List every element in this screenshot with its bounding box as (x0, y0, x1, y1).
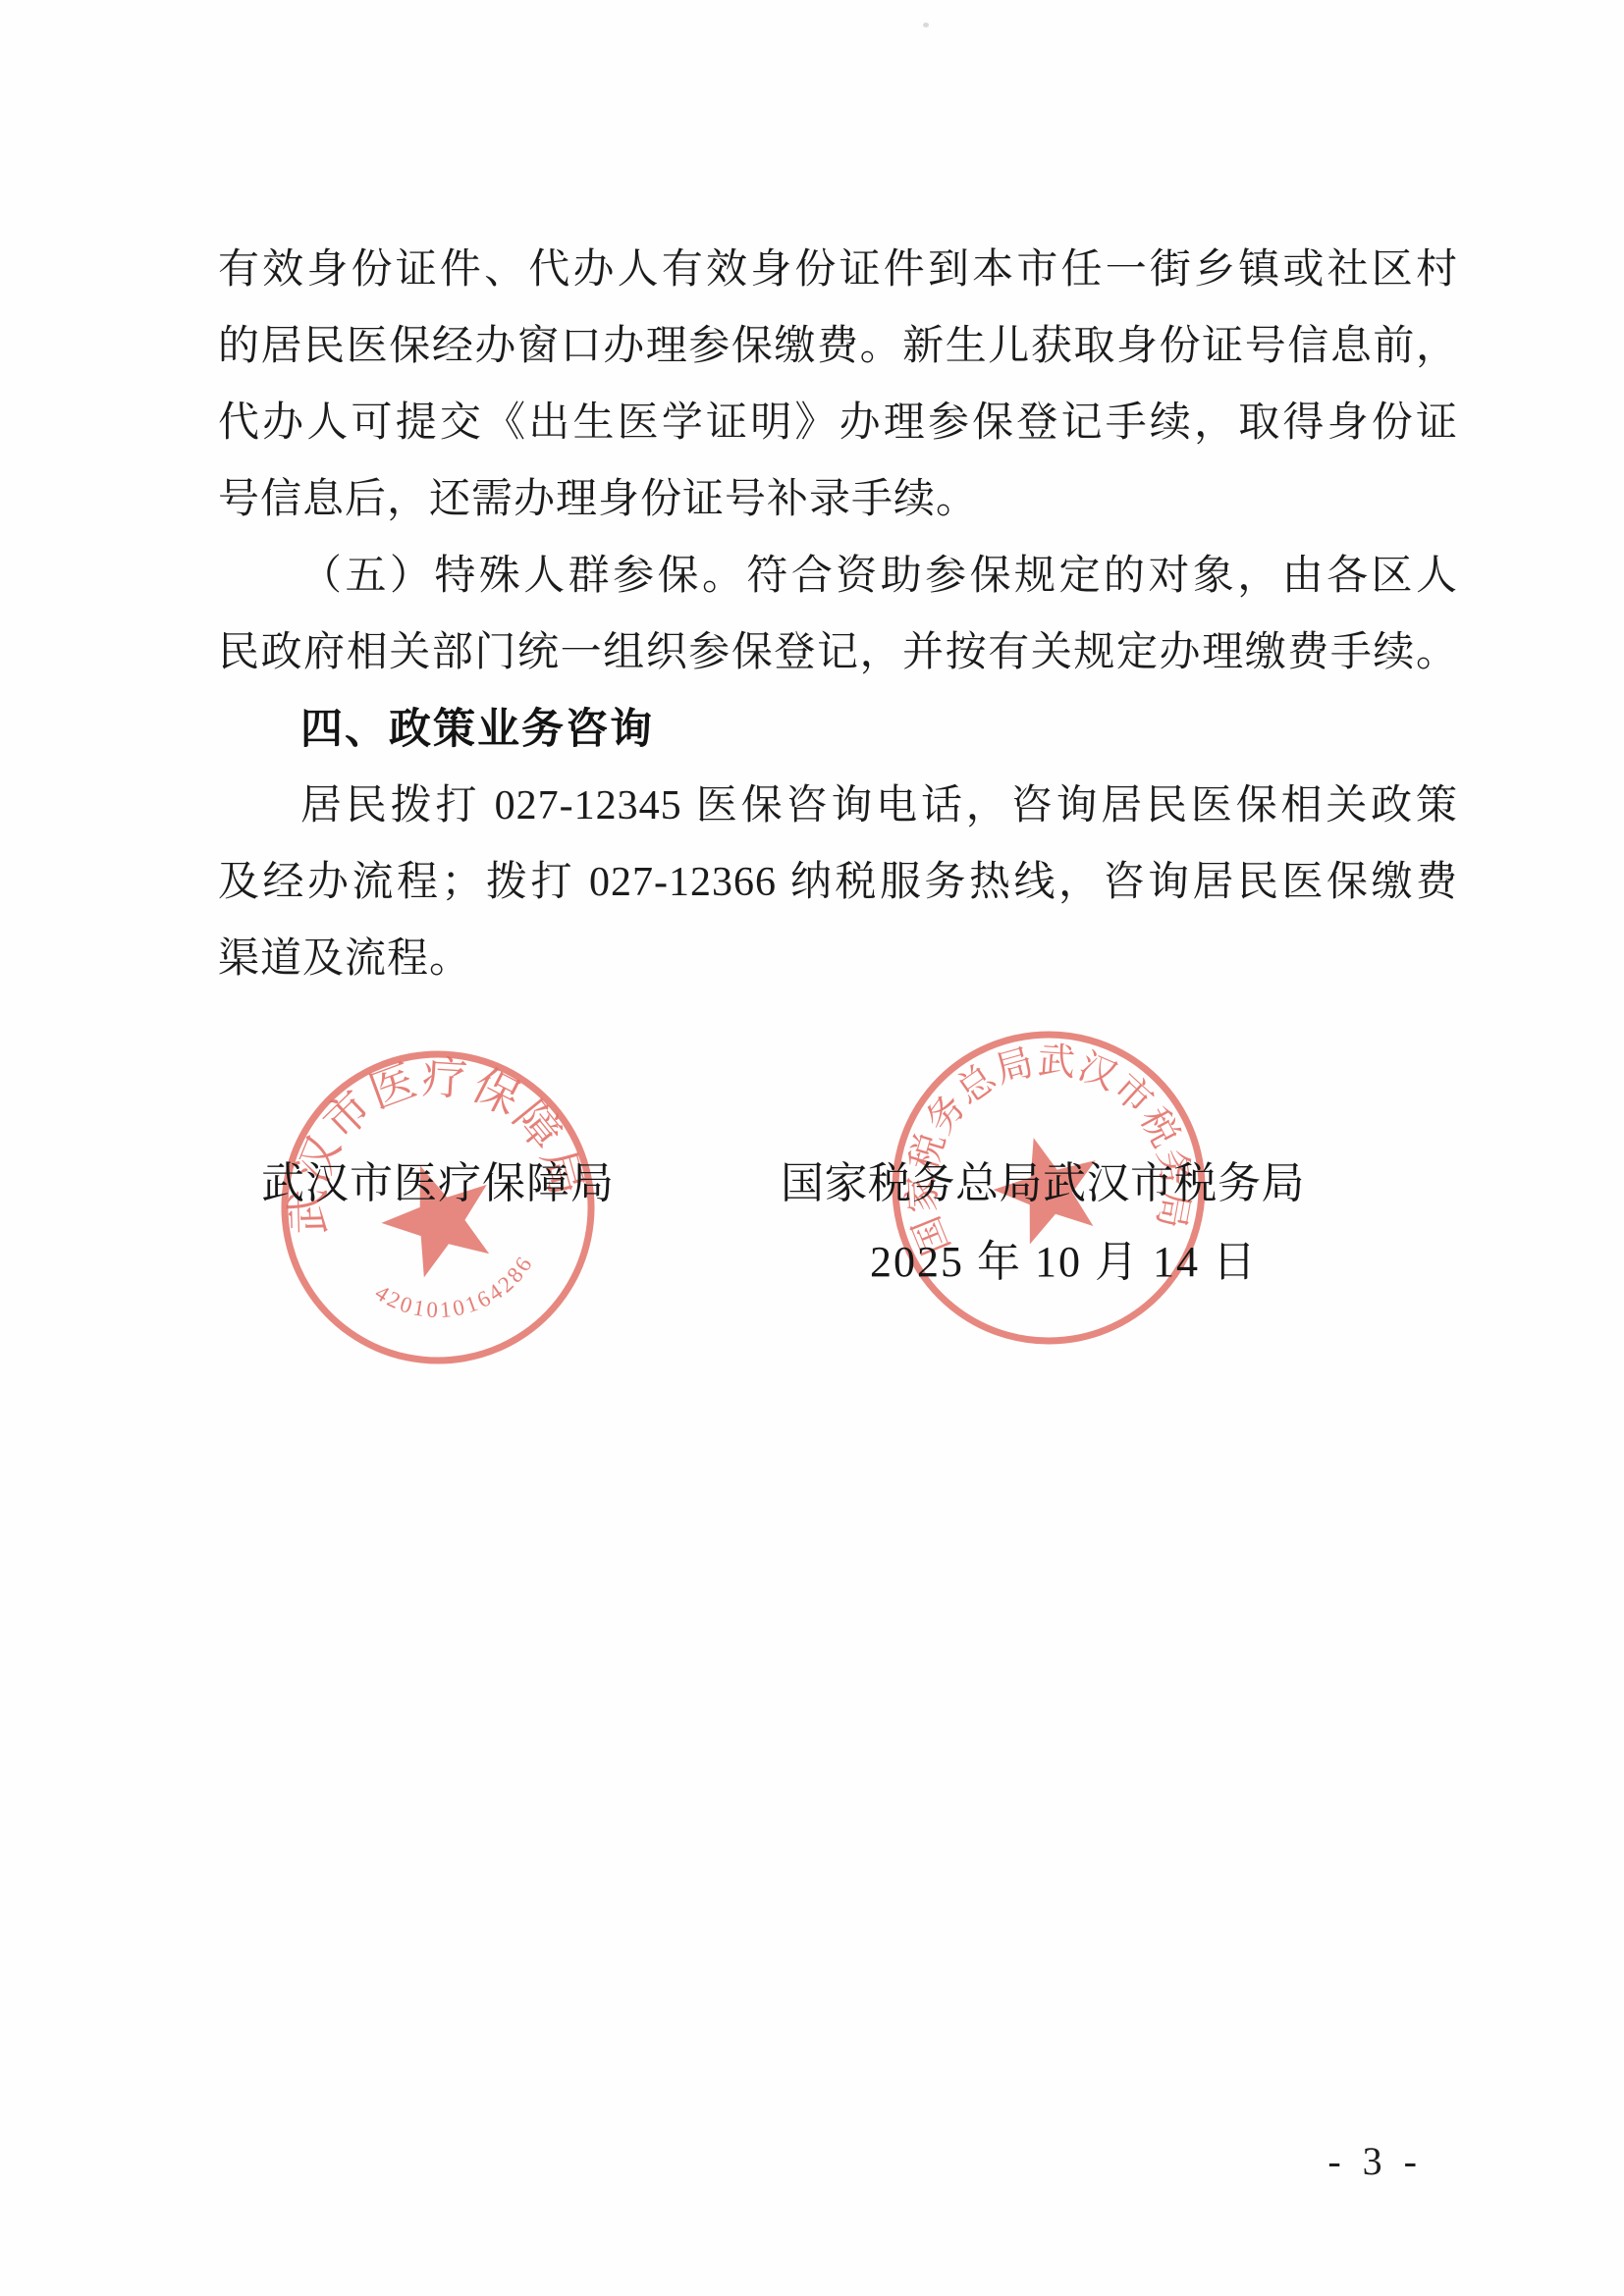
document-body: 有效身份证件、代办人有效身份证件到本市任一街乡镇或社区村的居民医保经办窗口办理参… (218, 232, 1458, 997)
official-seal-left: 武汉市医疗保障局 4201010164286 (273, 1042, 603, 1372)
seal-serial-number: 4201010164286 (366, 1248, 545, 1335)
right-signature-org: 国家税务总局武汉市税务局 (781, 1160, 1305, 1207)
text-line: 有效身份证件、代办人有效身份证件到本市任一街乡镇或社区村 (218, 232, 1458, 308)
text-line: （五）特殊人群参保。符合资助参保规定的对象，由各区人 (218, 538, 1458, 614)
text-line: 民政府相关部门统一组织参保登记，并按有关规定办理缴费手续。 (218, 614, 1458, 691)
section-heading: 四、政策业务咨询 (218, 691, 1458, 768)
left-signature-org: 武汉市医疗保障局 (261, 1160, 615, 1207)
text-line: 号信息后，还需办理身份证号补录手续。 (218, 461, 1458, 538)
scan-noise-speck (923, 23, 929, 27)
signature-date: 2025 年 10 月 14 日 (870, 1239, 1258, 1286)
text-line: 的居民医保经办窗口办理参保缴费。新生儿获取身份证号信息前， (218, 308, 1458, 385)
svg-text:4201010164286: 4201010164286 (366, 1248, 545, 1335)
text-line: 及经办流程；拨打 027-12366 纳税服务热线，咨询居民医保缴费 (218, 844, 1458, 921)
document-page: 有效身份证件、代办人有效身份证件到本市任一街乡镇或社区村的居民医保经办窗口办理参… (0, 0, 1624, 2296)
text-line: 居民拨打 027-12345 医保咨询电话，咨询居民医保相关政策 (218, 768, 1458, 844)
text-line: 渠道及流程。 (218, 921, 1458, 997)
page-number: - 3 - (1327, 2138, 1423, 2184)
text-line: 代办人可提交《出生医学证明》办理参保登记手续，取得身份证 (218, 385, 1458, 461)
